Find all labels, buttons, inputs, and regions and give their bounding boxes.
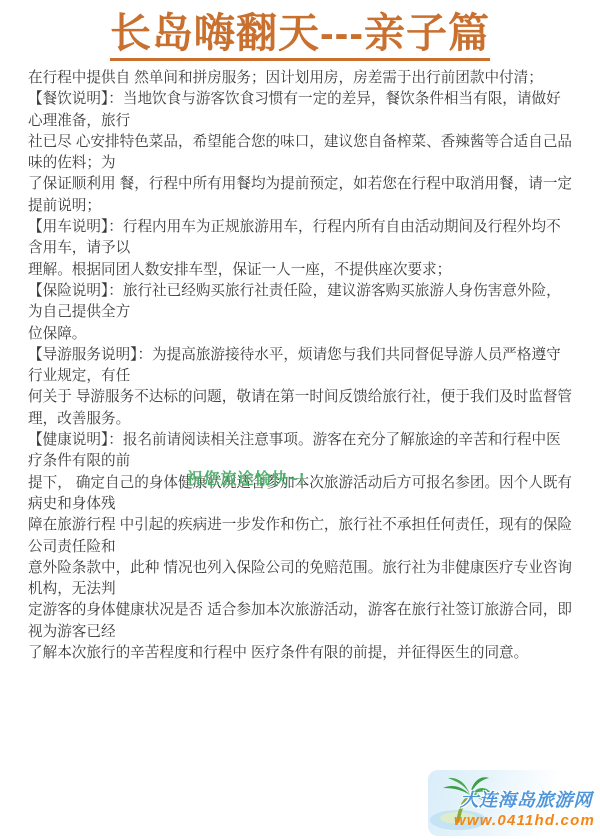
page-title: 长岛嗨翻天---亲子篇 xyxy=(110,12,490,61)
body-line: 【餐饮说明】：当地饮食与游客饮食习惯有一定的差异，餐饮条件相当有限，请做好心理准… xyxy=(28,89,574,132)
body-line: 【用车说明】：行程内用车为正规旅游用车，行程内所有自由活动期间及行程外均不含用车… xyxy=(28,217,574,260)
body-line: 定游客的身体健康状况是否 适合参加本次旅游活动，游客在旅行社签订旅游合同，即视为… xyxy=(28,600,574,643)
body-line: 理解。根据同团人数安排车型，保证一人一座，不提供座次要求； xyxy=(28,260,574,281)
page-title-wrap: 长岛嗨翻天---亲子篇 xyxy=(0,12,600,61)
body-line: 障在旅游行程 中引起的疾病进一步发作和伤亡，旅行社不承担任何责任，现有的保险公司… xyxy=(28,515,574,558)
body-line: 社已尽 心安排特色菜品，希望能合您的味口，建议您自备榨菜、香辣酱等合适自己品味的… xyxy=(28,132,574,175)
watermark-site-url: www.0411hd.com xyxy=(454,812,595,829)
body-line: 【导游服务说明】：为提高旅游接待水平，烦请您与我们共同督促导游人员严格遵守行业规… xyxy=(28,345,574,388)
document-page: 长岛嗨翻天---亲子篇 在行程中提供自 然单间和拼房服务；因计划用房，房差需于出… xyxy=(0,0,600,840)
body-line: 了保证顺利用 餐，行程中所有用餐均为提前预定，如若您在行程中取消用餐，请一定提前… xyxy=(28,174,574,217)
watermark-site-name: 大连海岛旅游网 xyxy=(460,786,600,812)
body-line: 意外险条款中，此种 情况也列入保险公司的免赔范围。旅行社为非健康医疗专业咨询机构… xyxy=(28,558,574,601)
body-line: 【保险说明】：旅行社已经购买旅行社责任险，建议游客购买旅游人身伤害意外险，为自己… xyxy=(28,281,574,324)
site-watermark: 大连海岛旅游网 www.0411hd.com xyxy=(428,770,598,836)
body-line: 位保障。 xyxy=(28,324,574,345)
body-line: 在行程中提供自 然单间和拼房服务；因计划用房，房差需于出行前团款中付清； xyxy=(28,68,574,89)
body-line: 何关于 导游服务不达标的问题，敬请在第一时间反馈给旅行社，便于我们及时监督管理，… xyxy=(28,387,574,430)
body-line: 了解本次旅行的辛苦程度和行程中 医疗条件有限的前提，并征得医生的同意。 xyxy=(28,643,574,664)
document-body: 在行程中提供自 然单间和拼房服务；因计划用房，房差需于出行前团款中付清； 【餐饮… xyxy=(28,68,574,664)
closing-message: 祝您旅途愉快~! xyxy=(0,466,492,489)
